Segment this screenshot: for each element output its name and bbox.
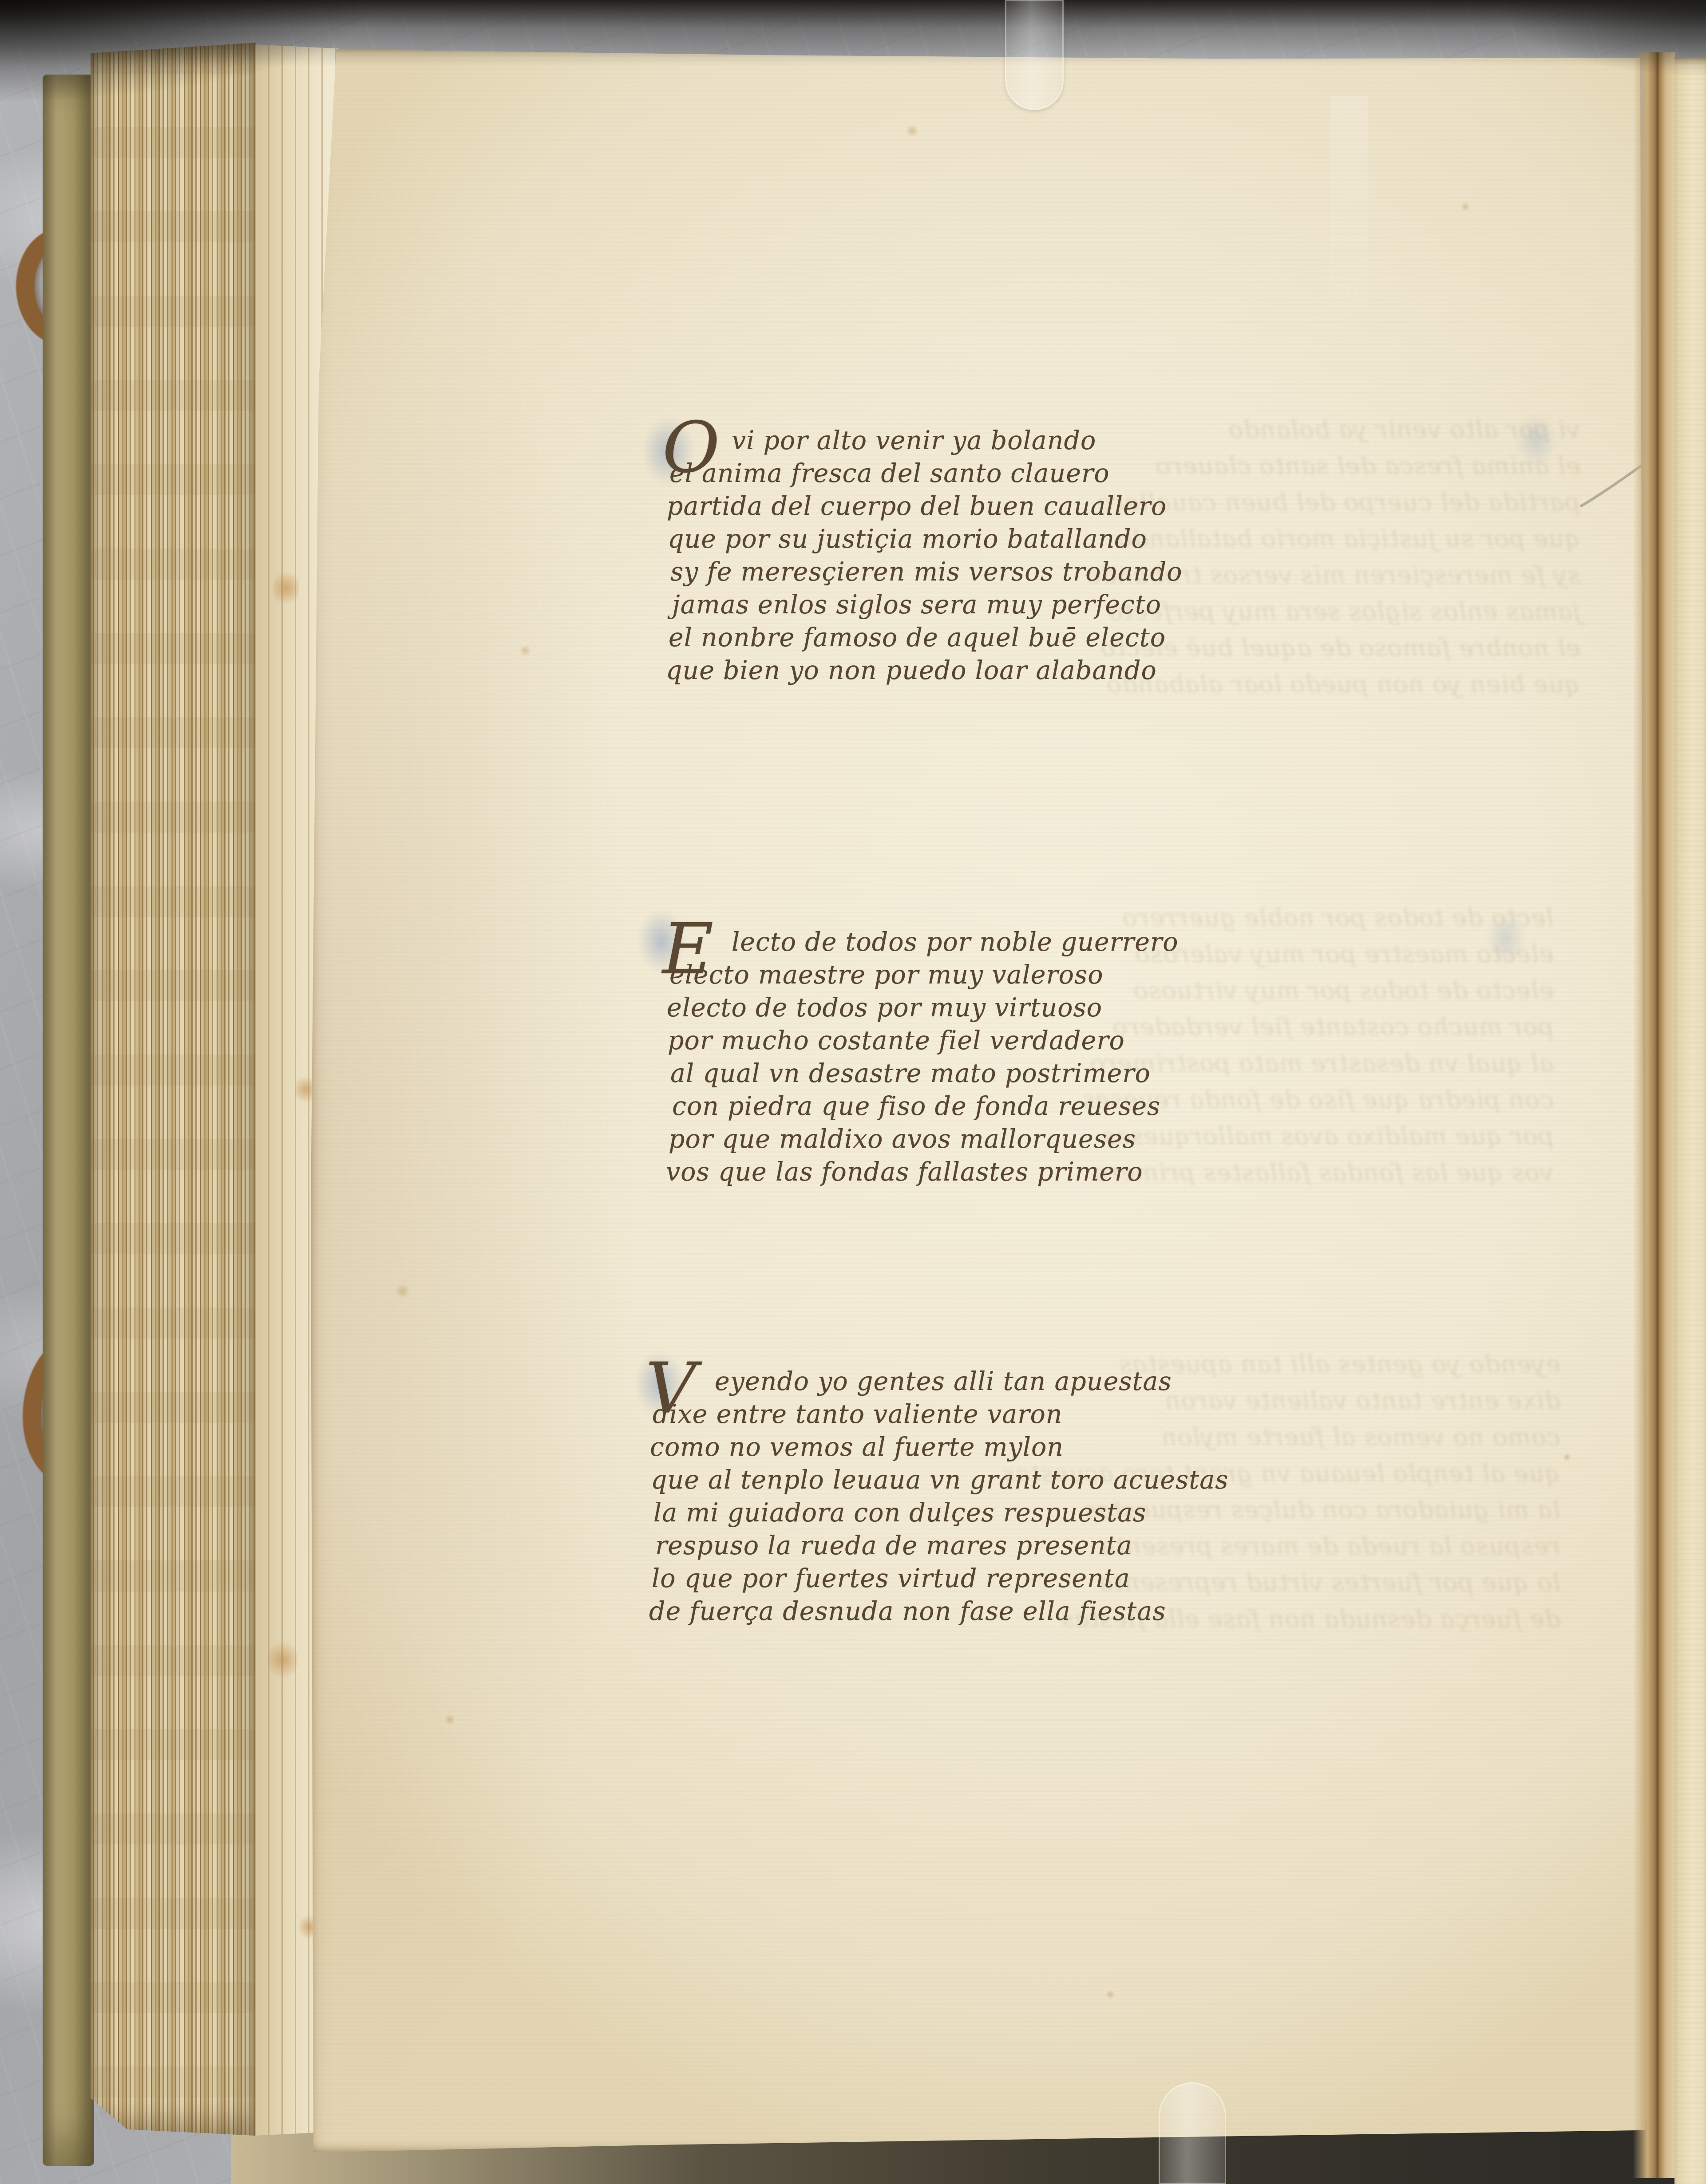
- stanza-line: electo de todos por muy virtuoso: [667, 991, 1178, 1024]
- stanza-line: jamas enlos siglos sera muy perfecto: [672, 588, 1182, 621]
- bleedthrough-line: por mucho costante fiel verdadero: [1154, 1008, 1554, 1045]
- foxing-spot: [906, 125, 919, 137]
- stanza-line: al qual vn desastre mato postrimero: [670, 1057, 1178, 1090]
- foxing-spot: [1461, 202, 1470, 211]
- foxing-spot: [519, 645, 531, 656]
- stanza-line: dixe entre tanto valiente varon: [653, 1398, 1228, 1431]
- bleedthrough-line: partida del cuerpo del buen cauallero: [1181, 484, 1580, 520]
- strap-pressure-streak: [1330, 96, 1368, 336]
- stanza-3: V eyendo yo gentes alli tan apuestas dix…: [669, 1365, 1228, 1628]
- stanza-line: partida del cuerpo del buen cauallero: [667, 490, 1182, 523]
- stanza-line: el anima fresca del santo clauero: [669, 457, 1182, 490]
- stanza-line: la mi guiadora con dulçes respuestas: [653, 1497, 1228, 1529]
- stanza-line: que por su justiçia morio batallando: [668, 523, 1182, 556]
- bleedthrough-line: que por su justiçia morio batallando: [1181, 520, 1580, 557]
- stanza-line: que al tenplo leuaua vn grant toro acues…: [651, 1464, 1228, 1497]
- stanza-line: electo maestre por muy valeroso: [669, 959, 1178, 991]
- bleedthrough-line: al qual vn desastre mato postrimero: [1154, 1045, 1554, 1081]
- bleedthrough-line: vos que las fondas fallastes primero: [1154, 1154, 1554, 1190]
- bleedthrough-line: que bien yo non puedo loar alabando: [1181, 666, 1580, 702]
- top-right-shadow: [1369, 0, 1706, 115]
- bleedthrough-line: el nonbre famoso de aquel buē electo: [1181, 629, 1580, 666]
- foxing-spot: [273, 568, 299, 608]
- stanza-2: E lecto de todos por noble guerrero elec…: [685, 926, 1178, 1189]
- foxing-spot: [395, 1284, 410, 1298]
- stanza-line: eyendo yo gentes alli tan apuestas: [669, 1365, 1228, 1398]
- gutter-fold: [1633, 52, 1675, 2178]
- stanza-initial: O: [662, 413, 720, 483]
- paraph-mark-blue: [1516, 414, 1556, 467]
- fore-edge-page-stack: [91, 43, 256, 2136]
- front-cover-edge: [43, 75, 94, 2166]
- bleedthrough-line: con piedra que fiso de fonda reueses: [1154, 1081, 1554, 1118]
- stanza-line: respuso la rueda de mares presenta: [655, 1529, 1228, 1562]
- stanza-line: como no vemos al fuerte mylon: [650, 1431, 1228, 1464]
- bleedthrough-line: electo de todos por muy virtuoso: [1154, 972, 1554, 1008]
- stanza-line: por que maldixo avos mallorqueses: [669, 1123, 1178, 1156]
- foxing-spot: [268, 1638, 297, 1682]
- top-left-shadow: [0, 0, 666, 151]
- stanza-line: lo que por fuertes virtud representa: [652, 1562, 1228, 1595]
- stanza-line: lecto de todos por noble guerrero: [685, 926, 1178, 959]
- stanza-initial: V: [645, 1354, 697, 1424]
- foxing-spot: [1105, 1990, 1115, 1999]
- bleedthrough-line: por que maldixo avos mallorqueses: [1154, 1118, 1554, 1154]
- stanza-line: el nonbre famoso de aquel buē electo: [669, 621, 1182, 654]
- stanza-initial: E: [662, 914, 714, 984]
- bleedthrough-line: sy fe meresçieren mis versos trobando: [1181, 557, 1580, 593]
- bleedthrough-line: jamas enlos siglos sera muy perfecto: [1181, 593, 1580, 629]
- stanza-line: sy fe meresçieren mis versos trobando: [670, 556, 1182, 588]
- recto-page: vi por alto venir ya bolando el anima fr…: [311, 46, 1647, 2153]
- manuscript-photo: vi por alto venir ya bolando el anima fr…: [0, 0, 1706, 2184]
- next-page-edge: [1674, 57, 1706, 2184]
- foxing-spot: [444, 1715, 455, 1725]
- stanza-1: O vi por alto venir ya bolando el anima …: [685, 424, 1182, 687]
- stanza-line: con piedra que fiso de fonda reueses: [672, 1090, 1178, 1123]
- stanza-line: que bien yo non puedo loar alabando: [666, 654, 1182, 687]
- stanza-line: vos que las fondas fallastes primero: [666, 1156, 1178, 1189]
- stanza-line: de fuerça desnuda non fase ella fiestas: [649, 1595, 1228, 1628]
- stanza-line: por mucho costante fiel verdadero: [668, 1024, 1178, 1057]
- foxing-spot: [1563, 1453, 1571, 1461]
- stanza-line: vi por alto venir ya bolando: [685, 424, 1182, 457]
- paraph-mark-blue: [1486, 912, 1525, 964]
